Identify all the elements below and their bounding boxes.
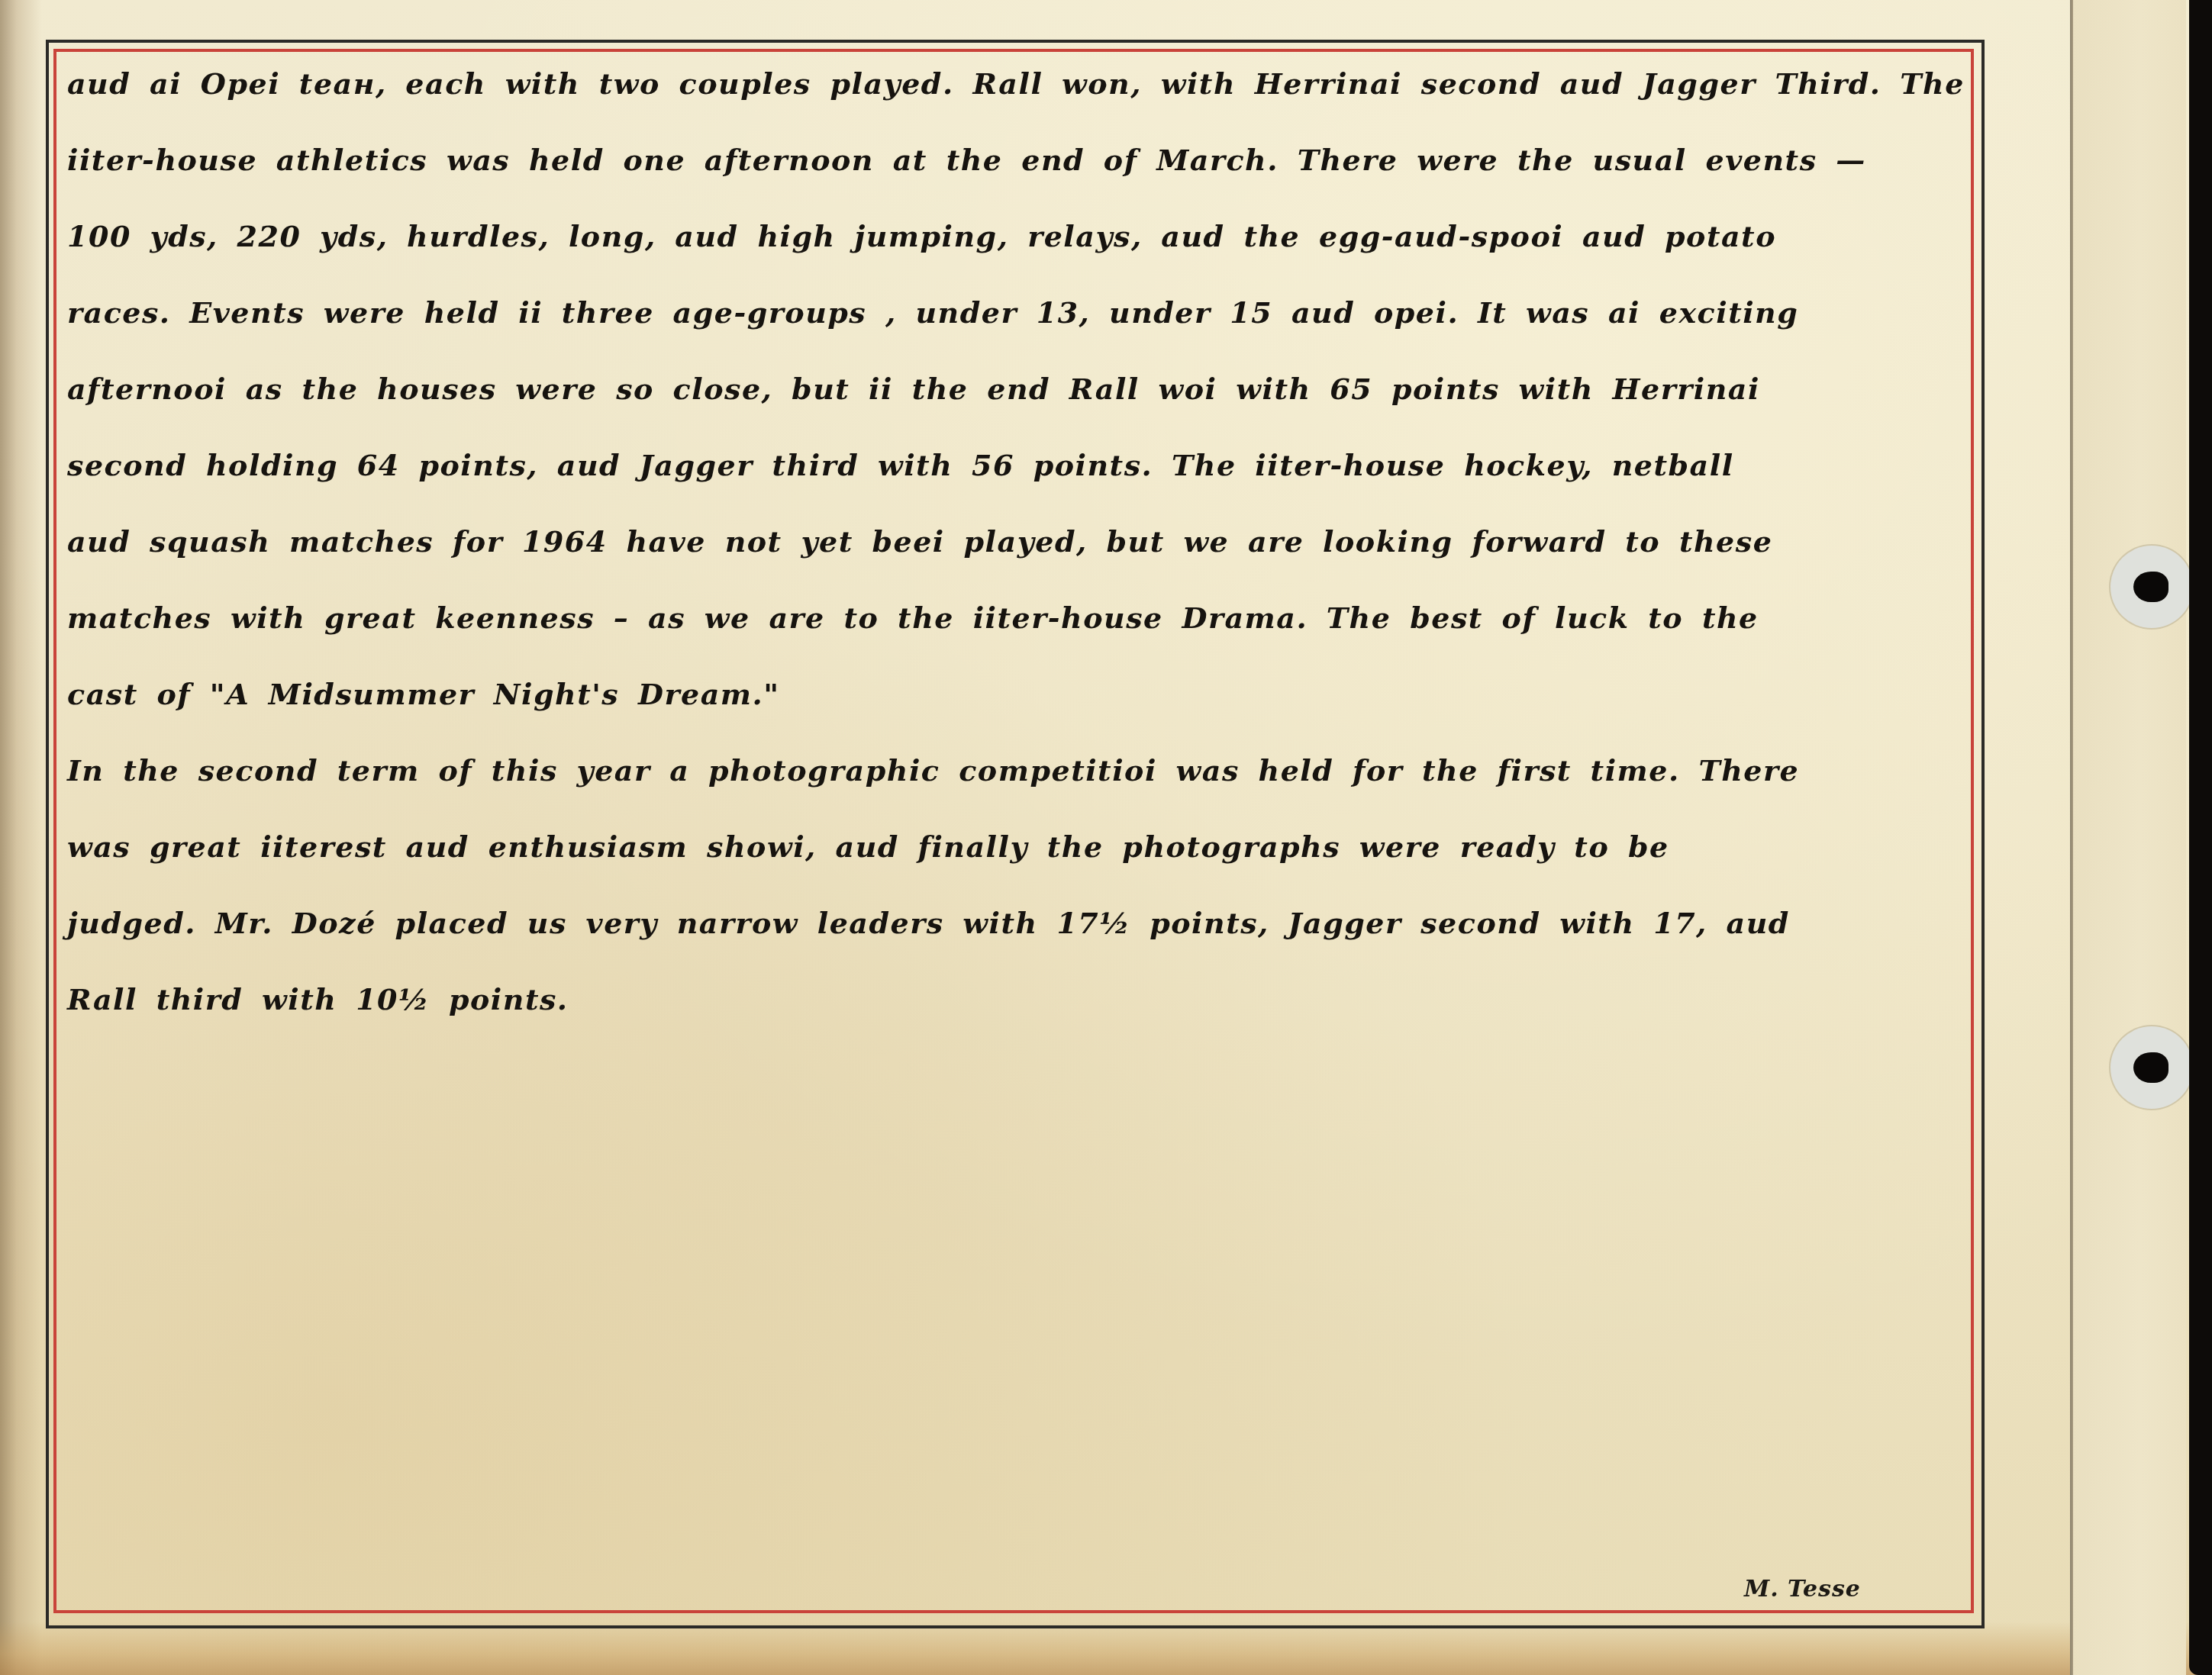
- text-line: aud squash matches for 1964 have not yet…: [67, 524, 1772, 559]
- torn-left-edge: [0, 0, 42, 1675]
- text-line: was great iiterest aud enthusiasm showi,…: [67, 829, 1669, 864]
- text-line: Rall third with 10½ points.: [67, 982, 569, 1016]
- text-line: races. Events were held ii three age-gro…: [67, 295, 1798, 330]
- text-line: aud ai Opei teaн, each with two couples …: [67, 66, 1965, 101]
- text-line: In the second term of this year a photog…: [67, 753, 1799, 788]
- text-line: second holding 64 points, aud Jagger thi…: [67, 448, 1734, 482]
- scanned-page: aud ai Opei teaн, each with two couples …: [0, 0, 2212, 1675]
- text-line: judged. Mr. Dozé placed us very narrow l…: [67, 906, 1790, 940]
- scan-edge-shadow: [2189, 0, 2212, 1675]
- punch-hole-icon: [2110, 546, 2193, 628]
- fold-line: [2072, 0, 2073, 1675]
- text-line: afternooi as the houses were so close, b…: [67, 372, 1760, 406]
- text-line: 100 yds, 220 yds, hurdles, long, aud hig…: [67, 219, 1776, 253]
- text-line: matches with great keenness – as we are …: [67, 601, 1759, 635]
- binder-strip: [2070, 0, 2186, 1675]
- bottom-stain: [0, 1622, 2212, 1675]
- punch-hole-icon: [2110, 1026, 2193, 1109]
- text-line: iiter-house athletics was held one after…: [67, 143, 1866, 177]
- text-line: cast of "A Midsummer Night's Dream.": [67, 677, 780, 711]
- author-signature: M. Tesse: [1744, 1576, 1861, 1603]
